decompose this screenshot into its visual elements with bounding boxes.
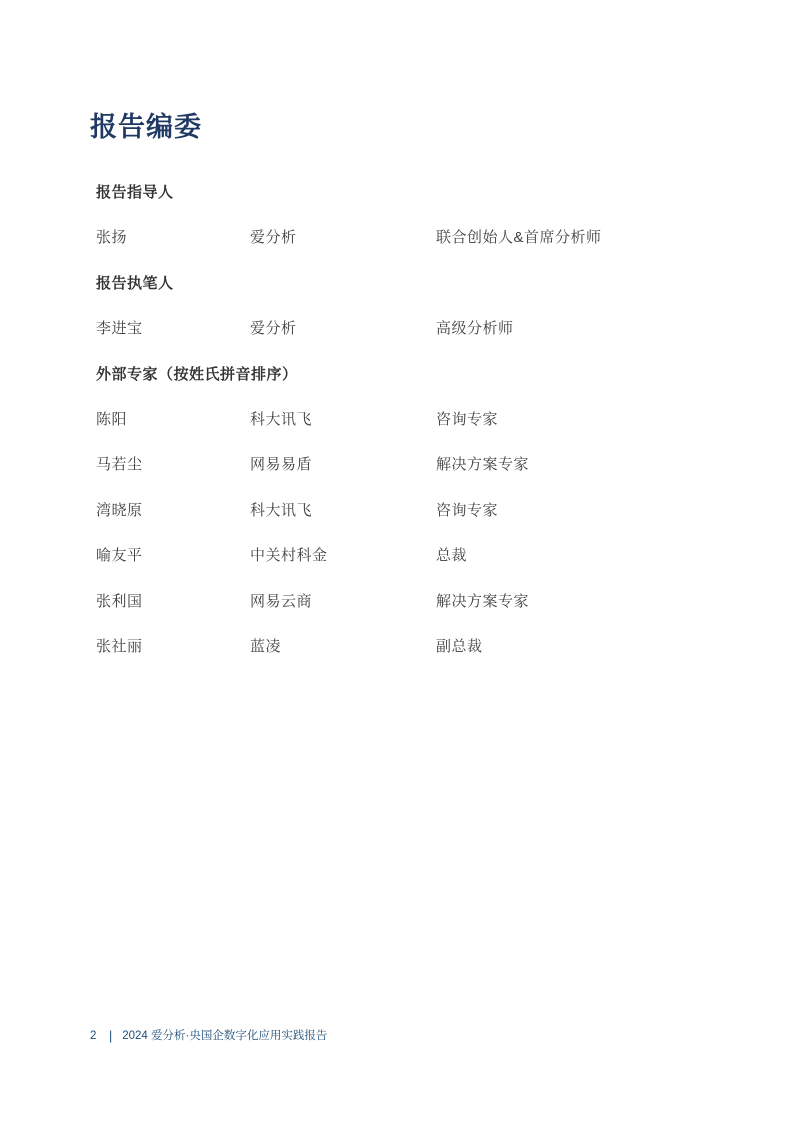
member-row: 李进宝 爱分析 高级分析师 xyxy=(96,319,733,364)
footer-report-title: 2024 爱分析·央国企数字化应用实践报告 xyxy=(122,1029,327,1044)
member-company: 蓝凌 xyxy=(250,637,436,682)
document-page: 报告编委 报告指导人 张扬 爱分析 联合创始人&首席分析师 报告执笔人 李进宝 … xyxy=(0,0,793,1122)
member-title: 解决方案专家 xyxy=(436,592,733,637)
member-title: 咨询专家 xyxy=(436,410,733,455)
page-footer: 2 | 2024 爱分析·央国企数字化应用实践报告 xyxy=(90,1029,327,1044)
footer-separator: | xyxy=(109,1029,112,1044)
member-company: 爱分析 xyxy=(250,228,436,273)
member-row: 张社丽 蓝凌 副总裁 xyxy=(96,637,733,682)
section-heading-advisors: 报告指导人 xyxy=(96,183,733,228)
page-number: 2 xyxy=(90,1029,100,1044)
member-title: 解决方案专家 xyxy=(436,455,733,500)
member-title: 联合创始人&首席分析师 xyxy=(436,228,733,273)
member-company: 网易易盾 xyxy=(250,455,436,500)
member-company: 科大讯飞 xyxy=(250,410,436,455)
member-title: 总裁 xyxy=(436,546,733,591)
member-name: 湾晓原 xyxy=(96,501,250,546)
member-company: 中关村科金 xyxy=(250,546,436,591)
section-heading-authors: 报告执笔人 xyxy=(96,274,733,319)
editorial-board-list: 报告指导人 张扬 爱分析 联合创始人&首席分析师 报告执笔人 李进宝 爱分析 高… xyxy=(96,183,733,682)
member-name: 张社丽 xyxy=(96,637,250,682)
member-row: 马若尘 网易易盾 解决方案专家 xyxy=(96,455,733,500)
member-name: 喻友平 xyxy=(96,546,250,591)
member-name: 马若尘 xyxy=(96,455,250,500)
member-name: 陈阳 xyxy=(96,410,250,455)
section-heading-external-experts: 外部专家（按姓氏拼音排序） xyxy=(96,365,733,410)
member-company: 爱分析 xyxy=(250,319,436,364)
member-name: 李进宝 xyxy=(96,319,250,364)
member-title: 副总裁 xyxy=(436,637,733,682)
member-name: 张利国 xyxy=(96,592,250,637)
member-name: 张扬 xyxy=(96,228,250,273)
member-title: 咨询专家 xyxy=(436,501,733,546)
member-row: 张利国 网易云商 解决方案专家 xyxy=(96,592,733,637)
member-row: 湾晓原 科大讯飞 咨询专家 xyxy=(96,501,733,546)
member-company: 科大讯飞 xyxy=(250,501,436,546)
page-title: 报告编委 xyxy=(90,112,202,142)
member-row: 喻友平 中关村科金 总裁 xyxy=(96,546,733,591)
member-company: 网易云商 xyxy=(250,592,436,637)
member-row: 陈阳 科大讯飞 咨询专家 xyxy=(96,410,733,455)
member-title: 高级分析师 xyxy=(436,319,733,364)
member-row: 张扬 爱分析 联合创始人&首席分析师 xyxy=(96,228,733,273)
